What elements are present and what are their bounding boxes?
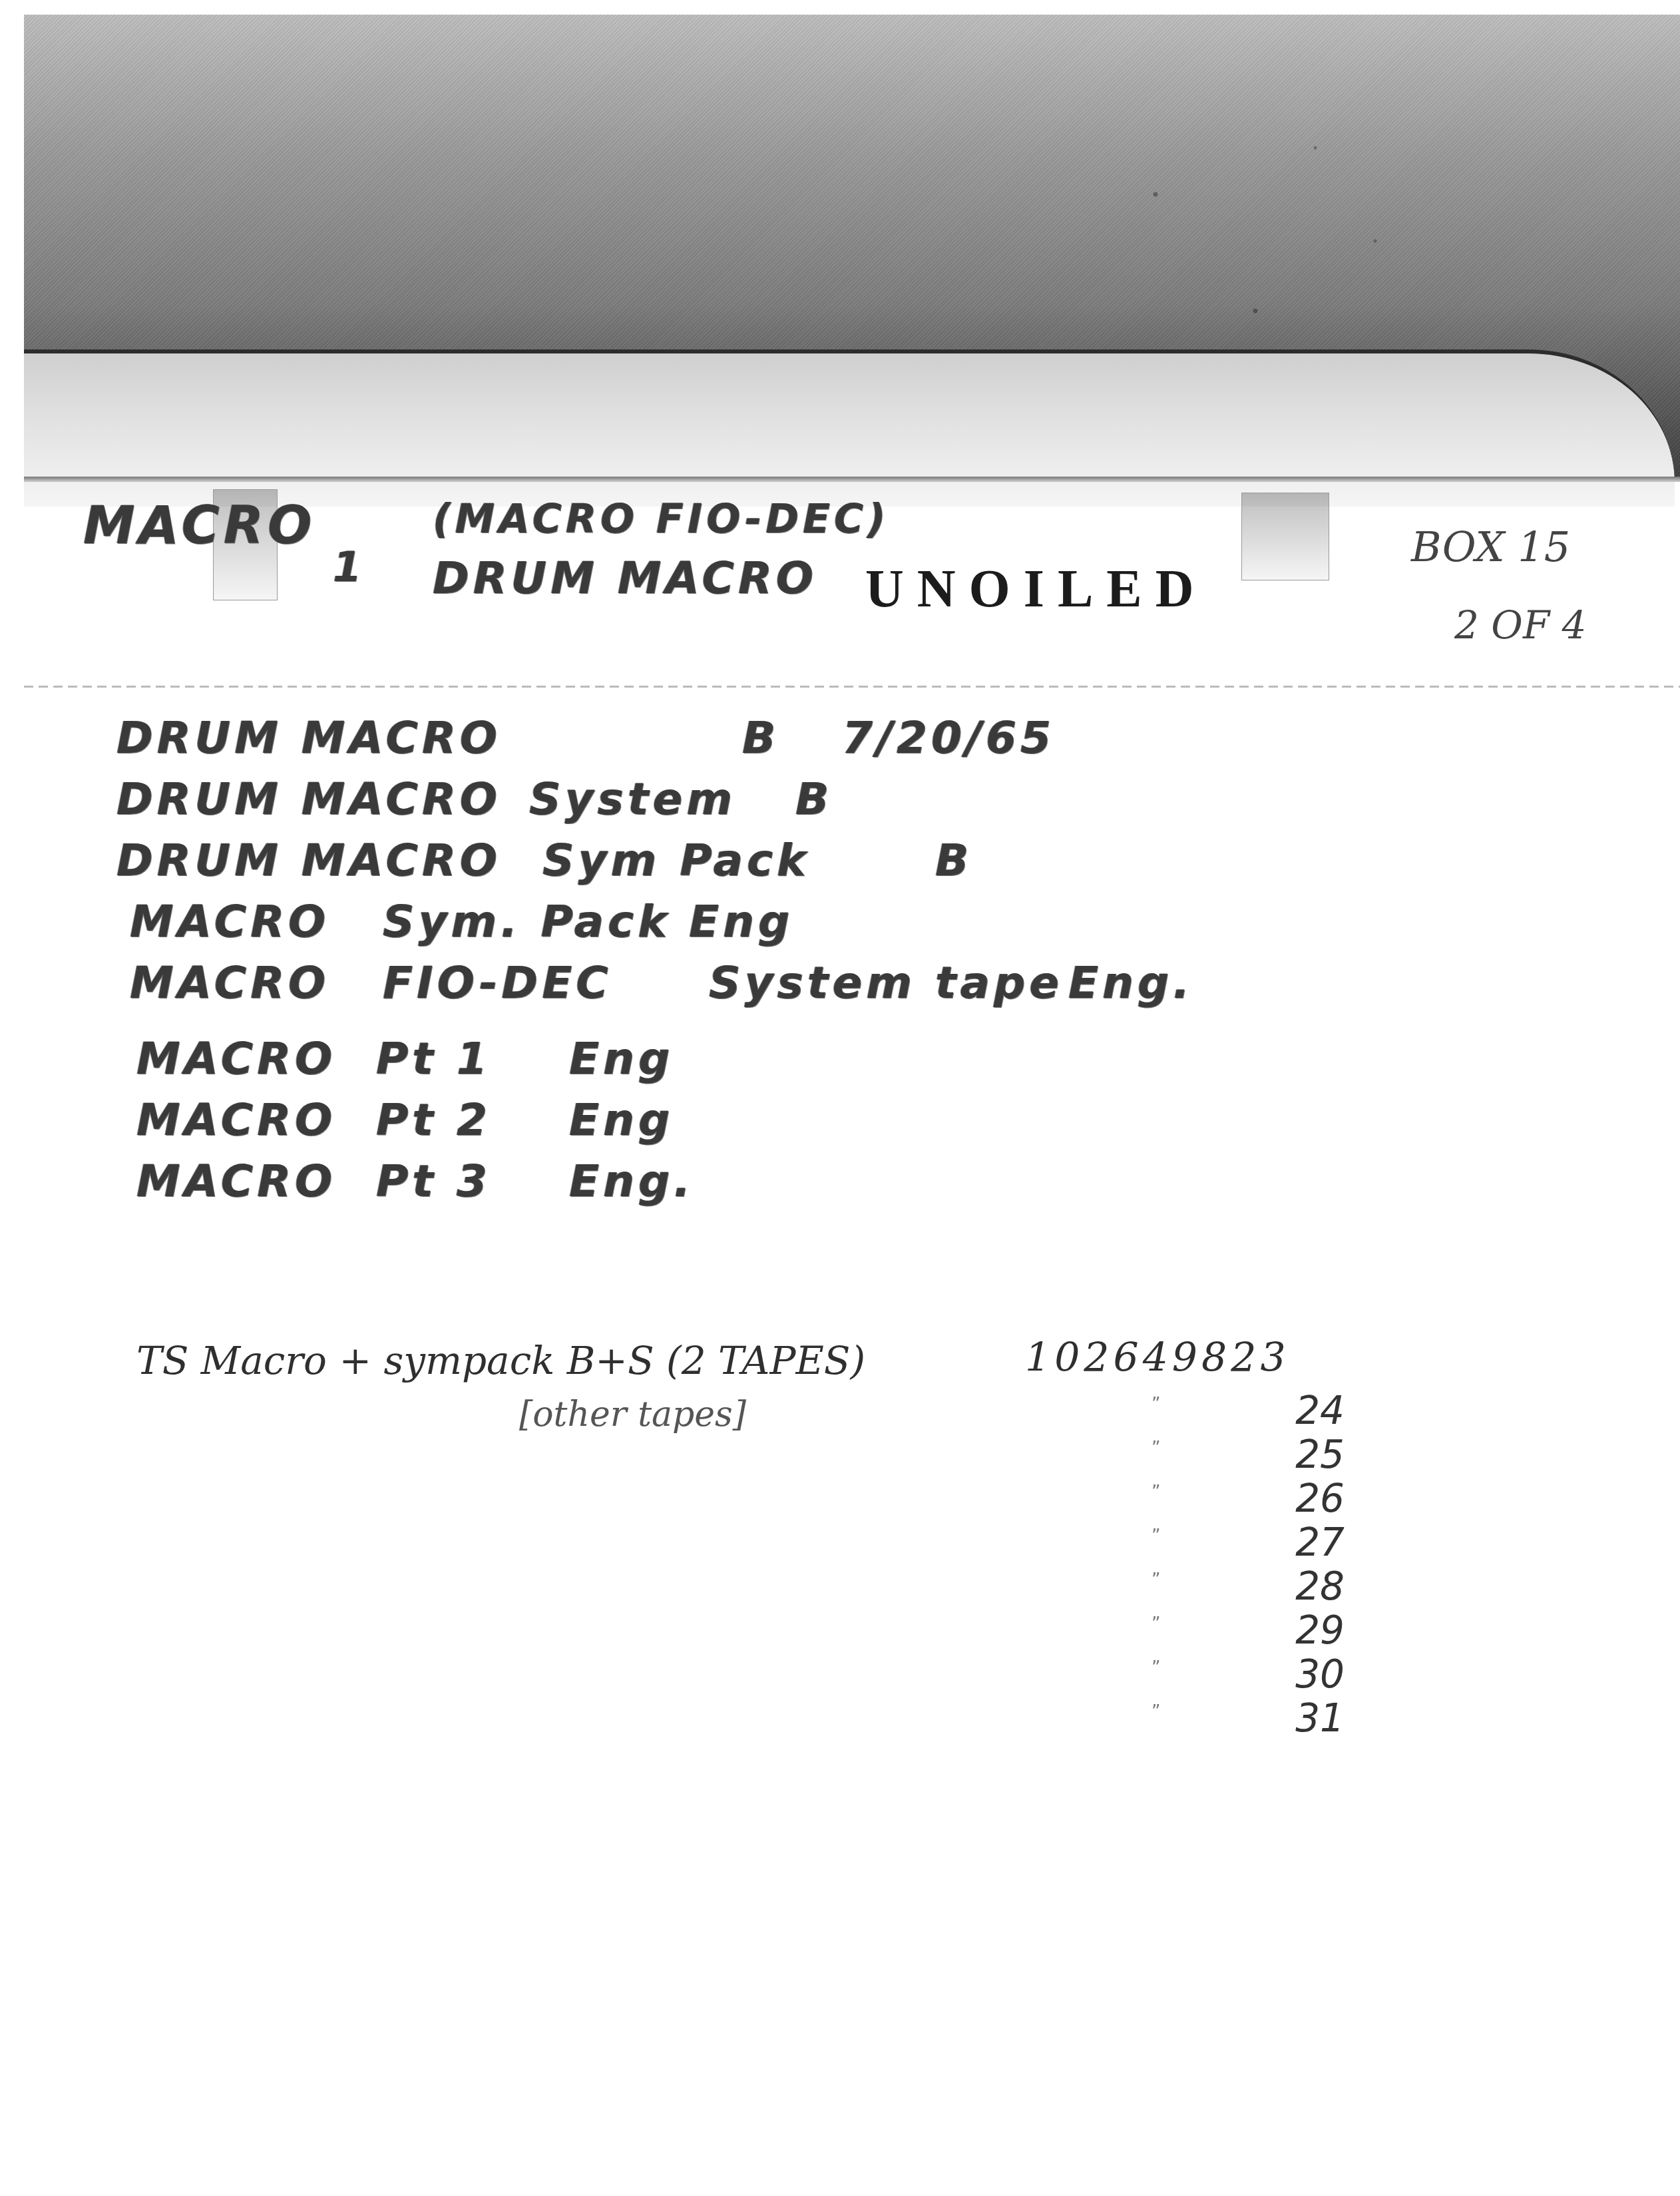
- tape-desc: Pt 3: [376, 1156, 491, 1207]
- box-lid-flap: [24, 349, 1675, 507]
- serial-row: ”24: [1132, 1388, 1345, 1432]
- serial-row: ”31: [1132, 1695, 1345, 1739]
- ts-entry-serial: 102649823: [1025, 1335, 1290, 1381]
- serial-suffix: 27: [1295, 1520, 1345, 1565]
- ts-entry-text: TS Macro + sympack B+S (2 TAPES): [136, 1338, 865, 1383]
- serial-suffix: 28: [1295, 1564, 1345, 1609]
- tape-desc: FIO-DEC: [383, 957, 612, 1008]
- tape-name: MACRO: [130, 896, 329, 947]
- tape-desc: Pt 1: [376, 1033, 491, 1084]
- tape-tag: System tape: [709, 957, 1063, 1008]
- serial-suffix: 30: [1295, 1651, 1345, 1697]
- label-drum-line: DRUM MACRO: [433, 552, 817, 604]
- tape-name: DRUM MACRO: [116, 773, 501, 825]
- serial-suffix: 29: [1295, 1608, 1345, 1653]
- ts-entry-note: [other tapes]: [519, 1395, 746, 1434]
- tape-desc: Pt 2: [376, 1094, 491, 1146]
- tape-tag: B: [795, 773, 833, 825]
- unoiled-stamp: UNOILED: [865, 559, 1207, 620]
- label-subtitle: (MACRO FIO-DEC): [433, 496, 889, 543]
- ditto-mark: ”: [1152, 1526, 1160, 1546]
- serial-continuation-list: ”24 ”25 ”26 ”27 ”28 ”29 ”30 ”31: [1132, 1388, 1345, 1739]
- serial-suffix: 24: [1295, 1388, 1345, 1433]
- ditto-mark: ”: [1152, 1658, 1160, 1678]
- tape-tag: Eng: [569, 1033, 674, 1084]
- tape-tag: B: [742, 712, 779, 764]
- tape-tag: Eng.: [569, 1156, 694, 1207]
- serial-row: ”29: [1132, 1608, 1345, 1651]
- ditto-mark: ”: [1152, 1570, 1160, 1590]
- box-count: 2 OF 4: [1454, 602, 1586, 648]
- tape-tag: B: [935, 835, 972, 886]
- tape-name: DRUM MACRO: [116, 712, 501, 764]
- tape-tag: Eng: [569, 1094, 674, 1146]
- label-number: 1: [333, 543, 365, 591]
- ditto-mark: ”: [1152, 1395, 1160, 1415]
- label-edge-line: [24, 686, 1680, 688]
- tape-tag: Eng: [689, 896, 793, 947]
- ditto-mark: ”: [1152, 1482, 1160, 1502]
- box-number: BOX 15: [1411, 523, 1570, 571]
- tape-date: 7/20/65: [842, 712, 1055, 764]
- tape-name: MACRO: [136, 1156, 336, 1207]
- ditto-mark: ”: [1152, 1614, 1160, 1634]
- tape-name: MACRO: [136, 1094, 336, 1146]
- serial-row: ”28: [1132, 1564, 1345, 1608]
- adhesive-tape-piece: [1241, 493, 1329, 580]
- ditto-mark: ”: [1152, 1702, 1160, 1722]
- serial-row: ”27: [1132, 1520, 1345, 1564]
- serial-row: ”26: [1132, 1476, 1345, 1520]
- box-lid-edge: [24, 477, 1680, 482]
- tape-desc: Sym. Pack: [383, 896, 671, 947]
- ditto-mark: ”: [1152, 1438, 1160, 1458]
- tape-name: MACRO: [136, 1033, 336, 1084]
- serial-row: ”25: [1132, 1432, 1345, 1476]
- tape-extra: Eng.: [1068, 957, 1193, 1008]
- label-title: MACRO: [83, 496, 315, 556]
- tape-desc: System: [529, 773, 736, 825]
- tape-name: DRUM MACRO: [116, 835, 501, 886]
- serial-row: ”30: [1132, 1651, 1345, 1695]
- serial-suffix: 26: [1295, 1476, 1345, 1521]
- tape-desc: Sym Pack: [542, 835, 810, 886]
- tape-name: MACRO: [130, 957, 329, 1008]
- serial-suffix: 31: [1295, 1695, 1345, 1741]
- serial-suffix: 25: [1295, 1432, 1345, 1477]
